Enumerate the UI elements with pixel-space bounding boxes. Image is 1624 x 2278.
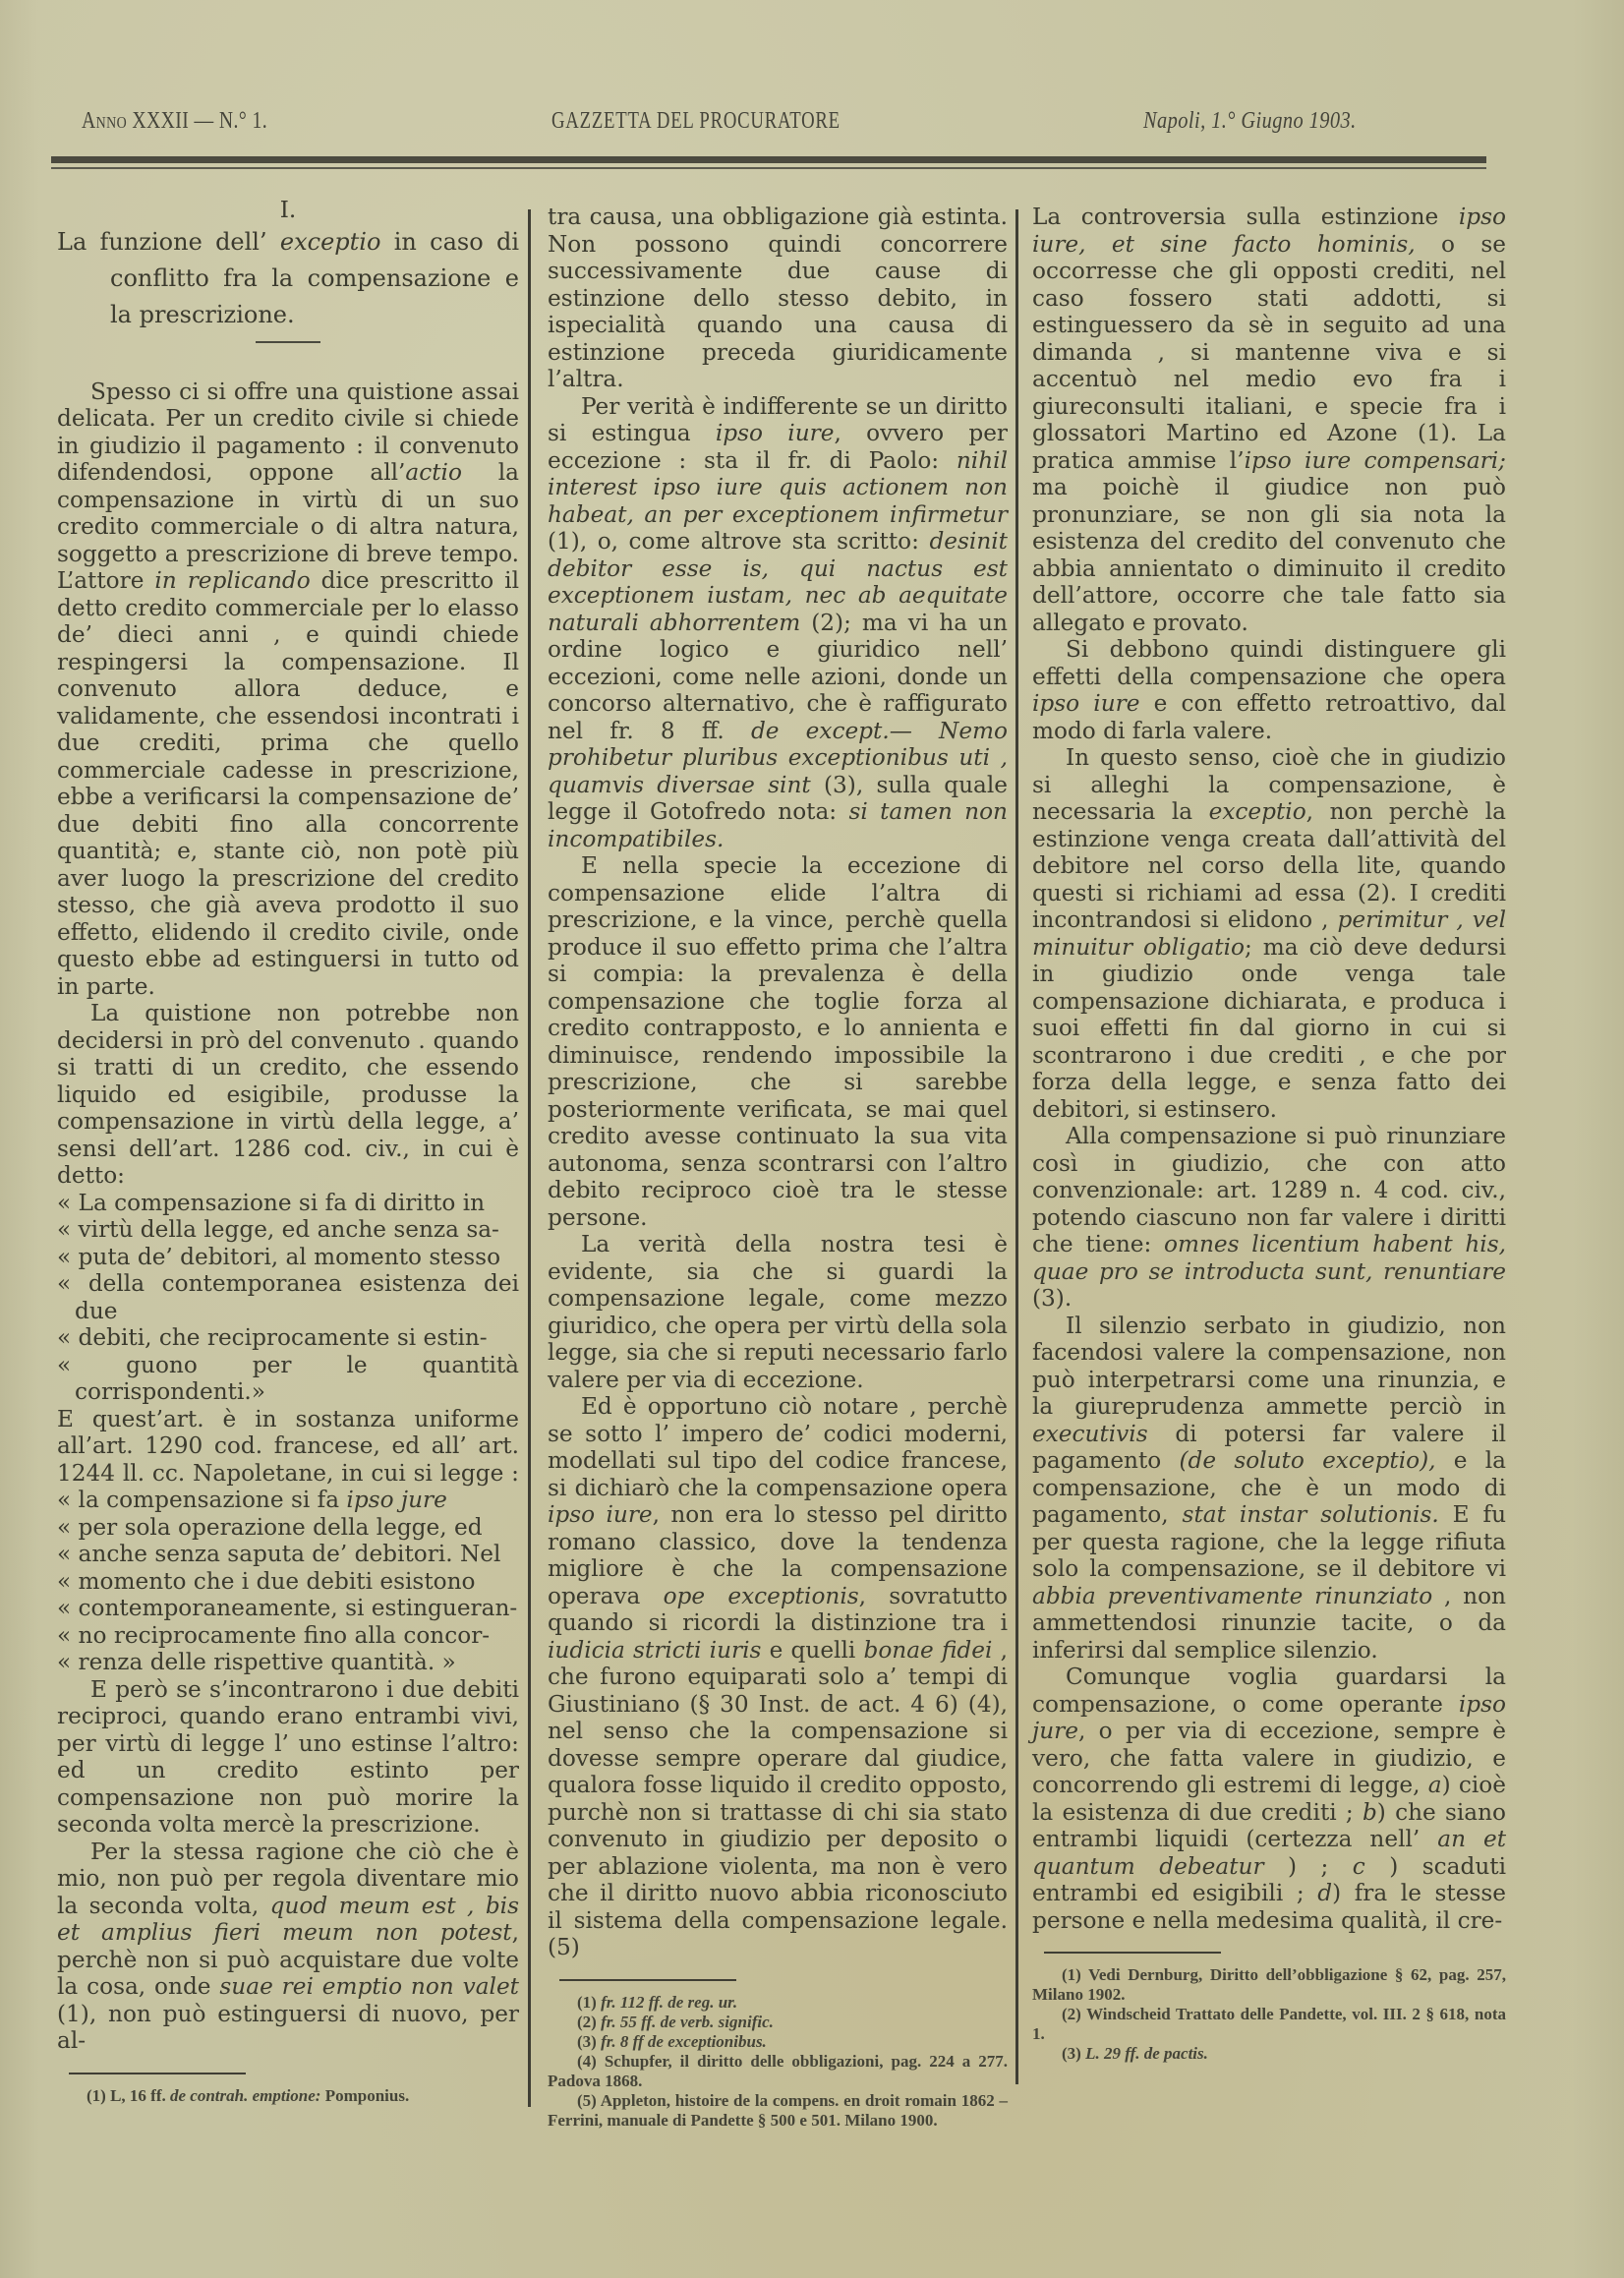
- section-number: I.: [57, 197, 519, 224]
- footnote: (3) fr. 8 ff de exceptionibus.: [548, 2032, 1008, 2052]
- paragraph: La controversia sulla estinzione ipso iu…: [1032, 204, 1506, 636]
- paragraph: Per verità è indifferente se un diritto …: [548, 393, 1008, 853]
- publication-title: GAZZETTA DEL PROCURATORE: [551, 108, 841, 135]
- paragraph: E però se s’incontrarono i due debiti re…: [57, 1676, 519, 1839]
- footnote: (5) Appleton, histoire de la compens. en…: [548, 2091, 1008, 2131]
- footnotes: (1) fr. 112 ff. de reg. ur. (2) fr. 55 f…: [548, 1993, 1008, 2131]
- footnote-rule: [559, 1979, 736, 1981]
- column-1: I. La funzione dell’ exceptio in caso di…: [57, 197, 519, 2106]
- masthead: Anno XXXII — N.° 1. GAZZETTA DEL PROCURA…: [54, 104, 1470, 144]
- footnote: (4) Schupfer, il diritto delle obbligazi…: [548, 2052, 1008, 2091]
- footnote: (3) L. 29 ff. de pactis.: [1032, 2044, 1506, 2064]
- paragraph: E quest’art. è in sostanza uniforme all’…: [57, 1406, 519, 1514]
- footnote: (1) Vedi Dernburg, Diritto dell’obbligaz…: [1032, 1965, 1506, 2005]
- paragraph: Comunque voglia guardarsi la compensazio…: [1032, 1664, 1506, 1934]
- column-divider: [1015, 209, 1018, 2084]
- paragraph: La verità della nostra tesi è evidente, …: [548, 1231, 1008, 1393]
- footnote-rule: [69, 2073, 246, 2074]
- paragraph: Spesso ci si offre una quistione assai d…: [57, 379, 519, 1001]
- paragraph: Il silenzio serbato in giudizio, non fac…: [1032, 1313, 1506, 1665]
- quotation-art-1244: « per sola operazione della legge, ed « …: [57, 1514, 519, 1676]
- footnotes: (1) L, 16 ff. de contrah. emptione: Pomp…: [57, 2086, 519, 2106]
- paragraph: Ed è opportuno ciò notare , perchè se so…: [548, 1393, 1008, 1961]
- footnote: (1) fr. 112 ff. de reg. ur.: [548, 1993, 1008, 2013]
- paragraph: Si debbono quindi distinguere gli effett…: [1032, 636, 1506, 744]
- column-divider: [528, 209, 531, 2107]
- footnote: (1) L, 16 ff. de contrah. emptione: Pomp…: [57, 2086, 519, 2106]
- masthead-rule-thick: [51, 156, 1486, 163]
- footnote: (2) fr. 55 ff. de verb. signific.: [548, 2013, 1008, 2032]
- paragraph: In questo senso, cioè che in giudizio si…: [1032, 744, 1506, 1123]
- masthead-rule-thin: [51, 167, 1486, 169]
- issue-number: Anno XXXII — N.° 1.: [82, 108, 267, 135]
- newspaper-page: Anno XXXII — N.° 1. GAZZETTA DEL PROCURA…: [0, 0, 1624, 2278]
- footnotes: (1) Vedi Dernburg, Diritto dell’obbligaz…: [1032, 1965, 1506, 2064]
- article-subtitle: La funzione dell’ exceptio in caso di co…: [57, 224, 519, 333]
- paragraph: Alla compensazione si può rinunziare cos…: [1032, 1123, 1506, 1313]
- footnote-rule: [1044, 1952, 1221, 1954]
- footnote: (2) Windscheid Trattato delle Pandette, …: [1032, 2005, 1506, 2044]
- paragraph: La quistione non potrebbe non decidersi …: [57, 1000, 519, 1190]
- column-3: La controversia sulla estinzione ipso iu…: [1032, 204, 1506, 2064]
- column-2: tra causa, una obbligazione già estinta.…: [548, 204, 1008, 2131]
- paragraph: tra causa, una obbligazione già estinta.…: [548, 204, 1008, 393]
- quotation-art-1286: « La compensazione si fa di diritto in «…: [57, 1190, 519, 1406]
- paragraph: E nella specie la eccezione di compensaz…: [548, 852, 1008, 1231]
- paragraph: Per la stessa ragione che ciò che è mio,…: [57, 1839, 519, 2055]
- dateline: Napoli, 1.° Giugno 1903.: [1143, 108, 1357, 135]
- title-separator: [256, 341, 320, 343]
